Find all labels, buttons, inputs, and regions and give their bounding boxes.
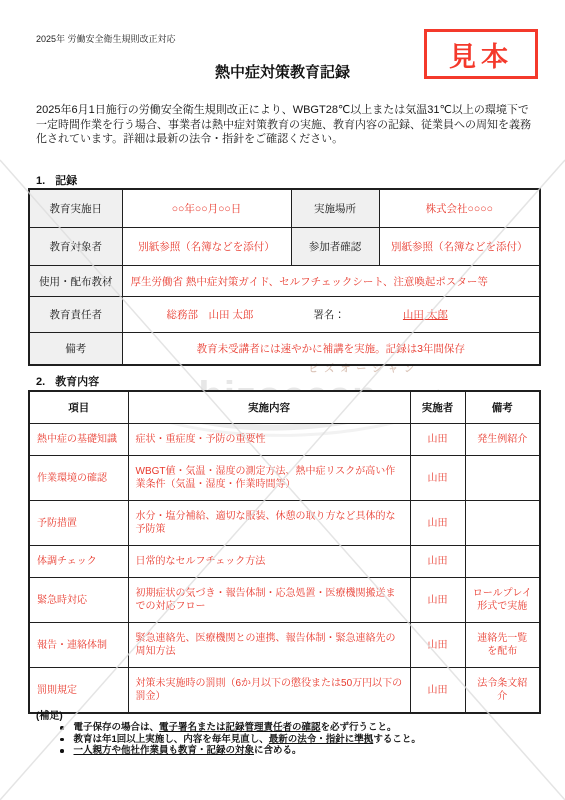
note-text-post: すること。 — [373, 734, 421, 745]
target-label: 教育対象者 — [29, 228, 122, 266]
location-label: 実施場所 — [291, 189, 379, 228]
table-row: 使用・配布教材 厚生労働省 熱中症対策ガイド、セルフチェックシート、注意喚起ポス… — [29, 266, 540, 297]
note-text-pre: 教育は年1回以上実施し、内容を毎年見直し、 — [74, 734, 269, 745]
education-row: 体調チェック 日常的なセルフチェック方法 山田 — [29, 546, 540, 578]
row-person: 山田 — [410, 623, 465, 668]
bullet-icon — [60, 749, 64, 753]
section2-number: 2. — [36, 376, 45, 388]
remarks-value: 教育未受講者には速やかに補講を実施。記録は3年間保存 — [122, 333, 540, 366]
bullet-icon — [60, 738, 64, 742]
implementation-date-value: ○○年○○月○○日 — [122, 189, 291, 228]
education-row: 報告・連絡体制 緊急連絡先、医療機関との連携、報告体制・緊急連絡先の周知方法 山… — [29, 623, 540, 668]
bullet-icon — [60, 726, 64, 730]
note-text-post: を必ず行うこと。 — [321, 722, 397, 733]
row-item: 緊急時対応 — [29, 578, 128, 623]
target-value: 別紙参照（名簿などを添付） — [122, 228, 291, 266]
note-text-underlined: 電子署名または記録管理責任者の確認 — [159, 722, 321, 733]
education-row: 熱中症の基礎知識 症状・重症度・予防の重要性 山田 発生例紹介 — [29, 424, 540, 456]
implementation-date-label: 教育実施日 — [29, 189, 122, 228]
section2-heading: 2.教育内容 — [36, 373, 99, 389]
row-item: 予防措置 — [29, 501, 128, 546]
row-person: 山田 — [410, 546, 465, 578]
education-row: 緊急時対応 初期症状の気づき・報告体制・応急処置・医療機関搬送までの対応フロー … — [29, 578, 540, 623]
participant-label: 参加者確認 — [291, 228, 379, 266]
row-note — [465, 456, 540, 501]
supplementary-notes: (補足) 電子保存の場合は、電子署名または記録管理責任者の確認を必ず行うこと。 … — [36, 707, 537, 757]
note-text: 電子保存の場合は、電子署名または記録管理責任者の確認を必ず行うこと。 — [74, 722, 397, 734]
note-text-underlined: 最新の法令・指針に準拠 — [269, 734, 374, 745]
manager-value: 総務部 山田 太郎 — [167, 307, 254, 322]
table-row: 備考 教育未受講者には速やかに補講を実施。記録は3年間保存 — [29, 333, 540, 366]
table-row: 教育対象者 別紙参照（名簿などを添付） 参加者確認 別紙参照（名簿などを添付） — [29, 228, 540, 266]
row-note: 連絡先一覧を配布 — [465, 623, 540, 668]
row-content: 日常的なセルフチェック方法 — [128, 546, 410, 578]
record-table: 教育実施日 ○○年○○月○○日 実施場所 株式会社○○○○ 教育対象者 別紙参照… — [28, 188, 541, 366]
materials-value: 厚生労働省 熱中症対策ガイド、セルフチェックシート、注意喚起ポスター等 — [122, 266, 540, 297]
education-row: 作業環境の確認 WBGT値・気温・湿度の測定方法、熱中症リスクが高い作業条件（気… — [29, 456, 540, 501]
col-header-person: 実施者 — [410, 391, 465, 424]
row-content: WBGT値・気温・湿度の測定方法、熱中症リスクが高い作業条件（気温・湿度・作業時… — [128, 456, 410, 501]
row-content: 緊急連絡先、医療機関との連携、報告体制・緊急連絡先の周知方法 — [128, 623, 410, 668]
notes-heading: (補足) — [36, 707, 537, 722]
row-person: 山田 — [410, 424, 465, 456]
section1-label: 記録 — [55, 172, 77, 188]
location-value: 株式会社○○○○ — [379, 189, 540, 228]
row-note: 発生例紹介 — [465, 424, 540, 456]
note-text: 教育は年1回以上実施し、内容を毎年見直し、最新の法令・指針に準拠すること。 — [74, 734, 421, 746]
row-content: 水分・塩分補給、適切な服装、休憩の取り方など具体的な予防策 — [128, 501, 410, 546]
education-content-table: 項目 実施内容 実施者 備考 熱中症の基礎知識 症状・重症度・予防の重要性 山田… — [28, 390, 541, 714]
row-note — [465, 546, 540, 578]
row-content: 初期症状の気づき・報告体制・応急処置・医療機関搬送までの対応フロー — [128, 578, 410, 623]
row-item: 作業環境の確認 — [29, 456, 128, 501]
education-row: 予防措置 水分・塩分補給、適切な服装、休憩の取り方など具体的な予防策 山田 — [29, 501, 540, 546]
section1-heading: 1.記録 — [36, 172, 77, 188]
table-row: 教育実施日 ○○年○○月○○日 実施場所 株式会社○○○○ — [29, 189, 540, 228]
col-header-note: 備考 — [465, 391, 540, 424]
list-item: 一人親方や他社作業員も教育・記録の対象に含める。 — [60, 745, 537, 757]
signature-label: 署名： — [313, 307, 345, 322]
manager-cell: 総務部 山田 太郎 署名： 山田 太郎 — [122, 297, 540, 333]
note-text-post: に含める。 — [254, 745, 302, 756]
signature-value: 山田 太郎 — [403, 307, 448, 322]
row-note — [465, 501, 540, 546]
section2-label: 教育内容 — [55, 373, 99, 389]
note-text: 一人親方や他社作業員も教育・記録の対象に含める。 — [74, 745, 302, 757]
intro-paragraph: 2025年6月1日施行の労働安全衛生規則改正により、WBGT28℃以上または気温… — [36, 103, 535, 147]
note-text-pre: 電子保存の場合は、 — [74, 722, 160, 733]
revision-note: 2025年 労働安全衛生規則改正対応 — [36, 32, 176, 45]
section1-number: 1. — [36, 175, 45, 187]
note-text-underlined: 一人親方や他社作業員も教育・記録の対象 — [74, 745, 255, 756]
list-item: 電子保存の場合は、電子署名または記録管理責任者の確認を必ず行うこと。 — [60, 722, 537, 734]
row-item: 熱中症の基礎知識 — [29, 424, 128, 456]
row-note: ロールプレイ形式で実施 — [465, 578, 540, 623]
row-item: 報告・連絡体制 — [29, 623, 128, 668]
materials-label: 使用・配布教材 — [29, 266, 122, 297]
row-person: 山田 — [410, 456, 465, 501]
sample-stamp: 見本 — [424, 29, 538, 79]
row-content: 症状・重症度・予防の重要性 — [128, 424, 410, 456]
document-page: { "page": { "top_note": "2025年 労働安全衛生規則改… — [0, 0, 565, 800]
manager-label: 教育責任者 — [29, 297, 122, 333]
participant-value: 別紙参照（名簿などを添付） — [379, 228, 540, 266]
remarks-label: 備考 — [29, 333, 122, 366]
row-person: 山田 — [410, 578, 465, 623]
list-item: 教育は年1回以上実施し、内容を毎年見直し、最新の法令・指針に準拠すること。 — [60, 734, 537, 746]
row-person: 山田 — [410, 501, 465, 546]
col-header-content: 実施内容 — [128, 391, 410, 424]
row-item: 体調チェック — [29, 546, 128, 578]
table-row: 教育責任者 総務部 山田 太郎 署名： 山田 太郎 — [29, 297, 540, 333]
col-header-item: 項目 — [29, 391, 128, 424]
header-row: 項目 実施内容 実施者 備考 — [29, 391, 540, 424]
